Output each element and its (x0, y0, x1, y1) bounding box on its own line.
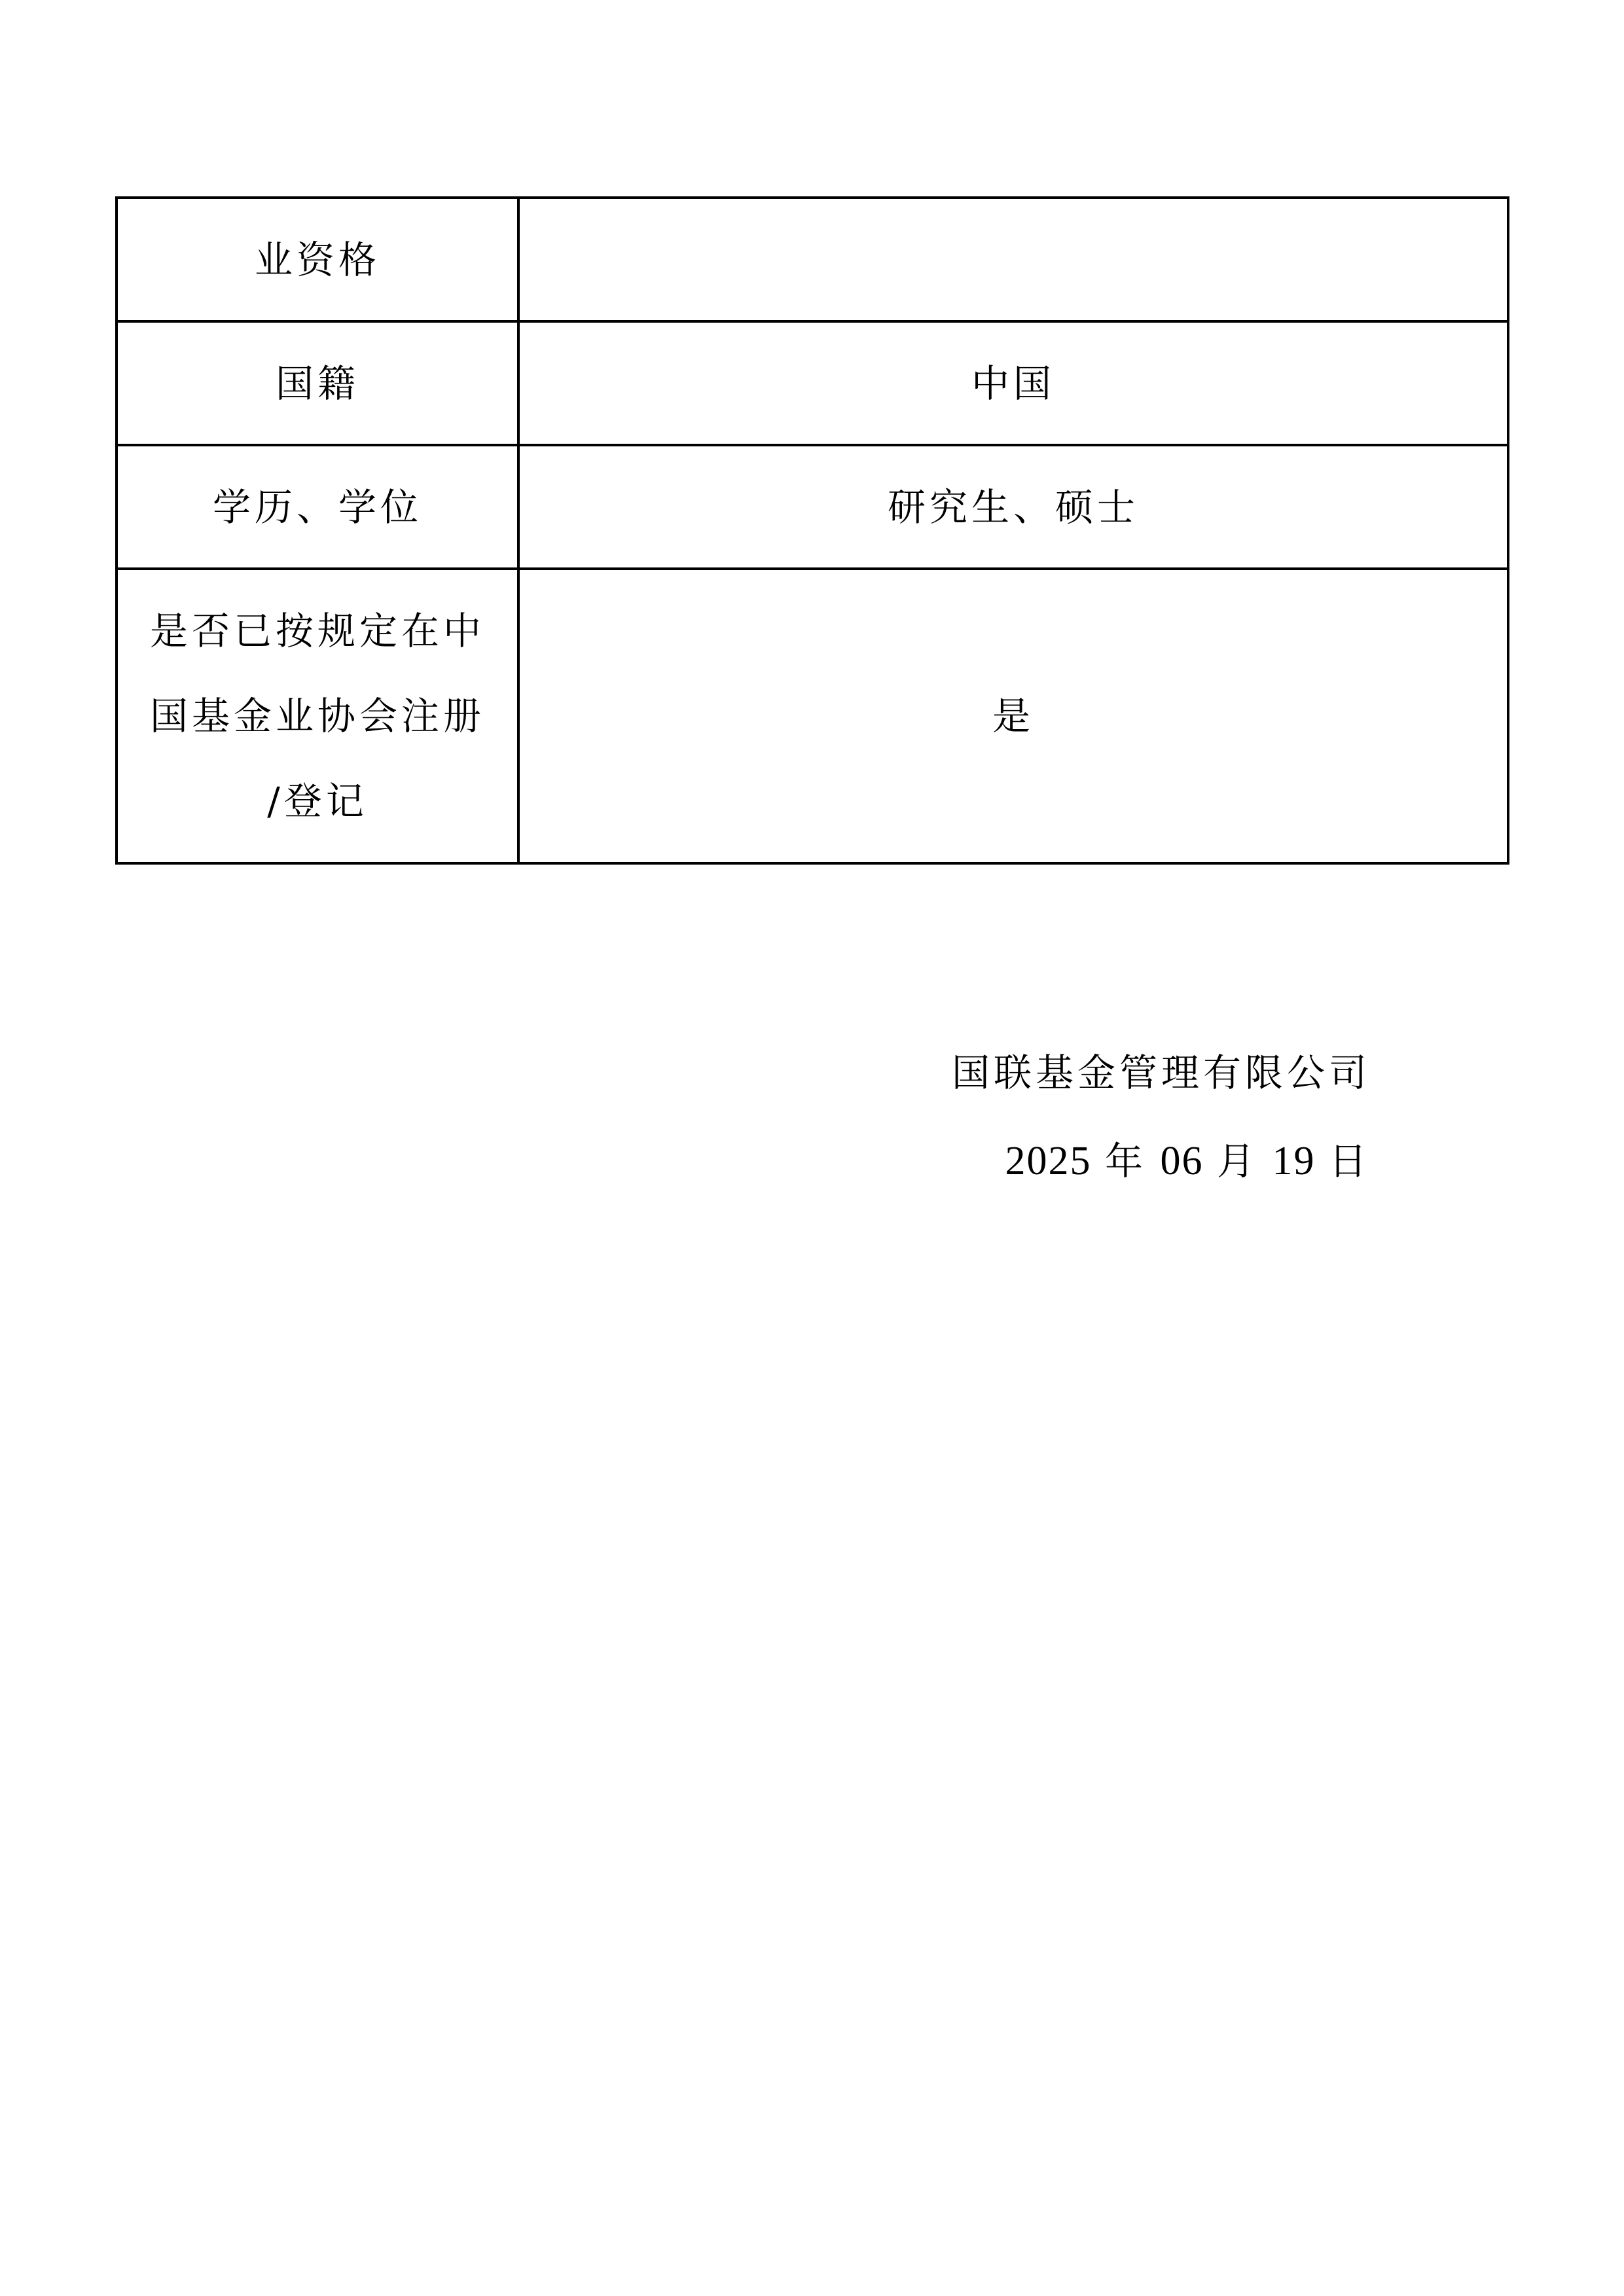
row-label-amac-registration: 是否已按规定在中 国基金业协会注册 /登记 (117, 569, 518, 863)
date-month-unit: 月 (1217, 1140, 1259, 1183)
document-page: 业资格 国籍 中国 学历、学位 研究生、硕士 是否已按规定在中 国基金业协会注册… (0, 0, 1624, 2296)
date-day-unit: 日 (1329, 1140, 1371, 1183)
signature-block: 国联基金管理有限公司 2025 年 06 月 19 日 (952, 1029, 1371, 1206)
table-row-amac-registration: 是否已按规定在中 国基金业协会注册 /登记 是 (117, 569, 1508, 863)
table-row-nationality: 国籍 中国 (117, 321, 1508, 445)
row-value-qualification (518, 198, 1508, 321)
date-year: 2025 (1005, 1139, 1091, 1183)
row-value-education: 研究生、硕士 (518, 445, 1508, 569)
label-line-3: /登记 (134, 759, 501, 844)
company-name: 国联基金管理有限公司 (952, 1029, 1371, 1117)
row-value-amac-registration: 是 (518, 569, 1508, 863)
signature-date: 2025 年 06 月 19 日 (952, 1117, 1371, 1206)
date-day: 19 (1272, 1139, 1315, 1183)
personnel-info-table: 业资格 国籍 中国 学历、学位 研究生、硕士 是否已按规定在中 国基金业协会注册… (115, 196, 1509, 865)
label-line-1: 是否已按规定在中 (134, 588, 501, 673)
table-row-qualification: 业资格 (117, 198, 1508, 321)
date-year-unit: 年 (1105, 1140, 1147, 1183)
row-label-education: 学历、学位 (117, 445, 518, 569)
row-label-nationality: 国籍 (117, 321, 518, 445)
table-row-education: 学历、学位 研究生、硕士 (117, 445, 1508, 569)
row-value-nationality: 中国 (518, 321, 1508, 445)
row-label-qualification: 业资格 (117, 198, 518, 321)
label-line-2: 国基金业协会注册 (134, 673, 501, 759)
date-month: 06 (1160, 1139, 1203, 1183)
registration-label-text: 是否已按规定在中 国基金业协会注册 /登记 (134, 588, 501, 844)
